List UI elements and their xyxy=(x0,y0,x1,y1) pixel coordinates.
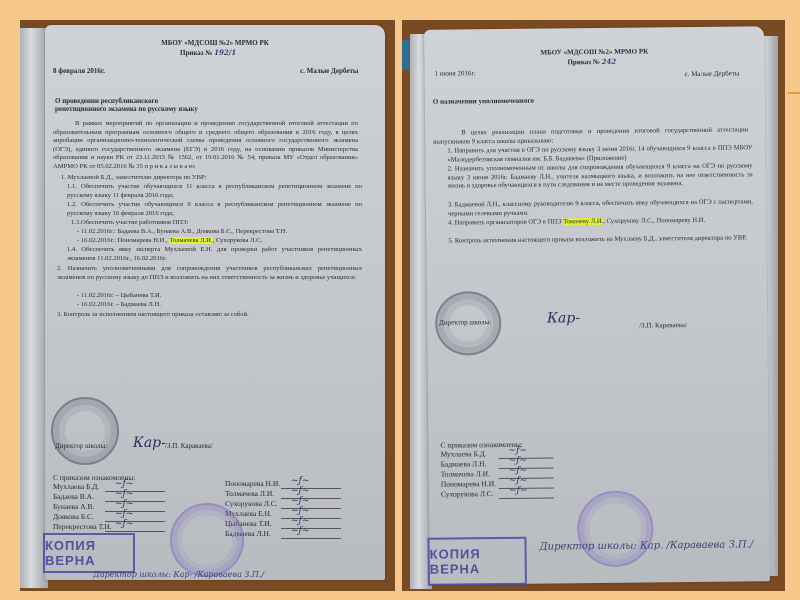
highlighted-name: Томачеву Л.И. xyxy=(563,218,603,225)
order-date: 1 июня 2016г. xyxy=(435,69,476,78)
order-number: Приказ № 242 xyxy=(567,58,616,67)
signature-line xyxy=(281,518,341,519)
copy-certified-stamp: КОПИЯ ВЕРНА xyxy=(43,533,135,573)
right-document-photo: МБОУ «МДСОШ №2» МРМО РК Приказ № 242 1 и… xyxy=(402,20,785,591)
signature-line xyxy=(281,538,341,539)
item-1-3-a: - 11.02.2016г.: Бадаева В.А., Бунаева А.… xyxy=(77,228,367,237)
director-label: Директор школы: xyxy=(439,318,491,327)
item-1-1: 1.1. Обеспечить участие обучающихся 11 к… xyxy=(67,183,362,200)
paper-stack-edge xyxy=(20,28,48,588)
ack-entry: Сухорукова Л.С. xyxy=(441,490,494,499)
handwritten-signature: ~ƒ~ xyxy=(115,489,133,499)
signature-line xyxy=(105,521,165,522)
handwritten-signature: ~ƒ~ xyxy=(115,479,133,489)
left-order-sheet: МБОУ «МДСОШ №2» МРМО РК Приказ № 192/1 8… xyxy=(45,25,385,580)
signature-line xyxy=(281,508,341,509)
director-name: /З.П. Караваева/ xyxy=(639,321,687,330)
left-document-photo: МБОУ «МДСОШ №2» МРМО РК Приказ № 192/1 8… xyxy=(20,20,395,591)
signature-line xyxy=(281,498,341,499)
item-3: 3. Бадмаевой Л.Н., классному руководител… xyxy=(448,198,753,218)
handwritten-signature: ~ƒ~ xyxy=(115,509,133,519)
handwritten-signature: ~ƒ~ xyxy=(291,486,309,496)
ack-entry: Мухлаева Б.Д. xyxy=(53,483,99,492)
right-order-sheet: МБОУ «МДСОШ №2» МРМО РК Приказ № 242 1 и… xyxy=(424,26,770,585)
order-number: Приказ № 192/1 xyxy=(180,49,236,58)
director-signature: Кар- xyxy=(547,310,580,326)
ack-entry: Бадаева В.А. xyxy=(53,493,94,502)
handwritten-signature: ~ƒ~ xyxy=(509,476,528,486)
ack-entry: Бунаева А.В. xyxy=(53,503,94,512)
preamble: В рамках мероприятий по организации и пр… xyxy=(53,120,358,172)
item-4: 4. Направить организаторов ОГЭ в ППЭ Том… xyxy=(448,216,753,228)
ack-entry: Толмачева Л.И. xyxy=(441,470,490,479)
signature-line xyxy=(105,531,165,532)
item-1: 1. Мухлаевой Б.Д., заместителю директора… xyxy=(61,174,361,183)
handwritten-signature: ~ƒ~ xyxy=(509,456,528,466)
handwritten-signature: ~ƒ~ xyxy=(115,519,133,529)
item-1-3: 1.3.Обеспечить участие работников ППЭ: xyxy=(71,219,361,228)
subject: О назначении уполномоченного xyxy=(433,97,534,107)
signature-line xyxy=(105,511,165,512)
ack-list: Мухлаева Б.Д.~ƒ~Бадмаева Л.Н.~ƒ~Толмачев… xyxy=(424,26,764,30)
ack-entry: Толмачева Л.И. xyxy=(225,490,274,499)
signature-line xyxy=(499,497,554,499)
order-date: 8 февраля 2016г. xyxy=(53,67,105,76)
director-name: /З.П. Караваева/ xyxy=(165,442,213,451)
handwritten-signature: ~ƒ~ xyxy=(291,476,309,486)
handwritten-signature: ~ƒ~ xyxy=(291,526,309,536)
item-1: 1. Направить для участия в ОГЭ по русско… xyxy=(447,144,752,164)
director-label: Директор школы: xyxy=(55,442,107,451)
subject-line-2: репетиционного экзамена по русскому язык… xyxy=(55,105,198,114)
ack-entry: Доякова Б.С. xyxy=(53,513,94,522)
item-2: 2. Назначить уполномоченными для сопрово… xyxy=(57,265,362,282)
signature-line xyxy=(281,528,341,529)
item-5: 5. Контроль исполнения настоящего приказ… xyxy=(448,234,753,246)
ack-entry: Мухлаева Б.Д. xyxy=(441,450,487,459)
decorative-line xyxy=(788,92,800,94)
org-header: МБОУ «МДСОШ №2» МРМО РК xyxy=(424,46,764,58)
org-header: МБОУ «МДСОШ №2» МРМО РК xyxy=(45,39,385,48)
highlighted-name: Толмачева Л.И. xyxy=(169,237,212,244)
item-2-b: - 16.02.2016г. – Бадмаева Л.Н. xyxy=(77,301,357,310)
handwritten-signature: ~ƒ~ xyxy=(115,499,133,509)
preamble: В целях реализации плана подготовки и пр… xyxy=(433,126,748,146)
handwritten-signature: ~ƒ~ xyxy=(291,516,309,526)
handwritten-signature: ~ƒ~ xyxy=(508,446,527,456)
item-3: 3. Контроль за исполнением настоящего пр… xyxy=(57,311,362,320)
handwritten-signature: ~ƒ~ xyxy=(291,496,309,506)
round-seal xyxy=(51,397,119,465)
round-seal-purple xyxy=(170,503,244,577)
signature-line xyxy=(105,501,165,502)
item-2: 2. Назначить уполномоченным от школы для… xyxy=(448,162,753,191)
ack-entry: Бадмаева Л.Н. xyxy=(441,460,487,469)
certification-note: Директор школы: Кар- /Караваева З.П./ xyxy=(93,571,264,580)
item-1-3-b: - 16.02.2016г.: Пономарева Н.И., Толмаче… xyxy=(77,237,367,246)
round-seal-purple xyxy=(577,490,654,567)
signature-line xyxy=(281,488,341,489)
ack-entry: Пономарева Н.И. xyxy=(225,480,280,489)
director-signature: Кар- xyxy=(133,435,166,451)
order-place: с. Малые Дербеты xyxy=(300,67,358,76)
certification-note: Директор школы: Кар. /Караваева З.П./ xyxy=(539,541,753,552)
ack-entry: Перекрестова Т.Н. xyxy=(53,523,112,532)
ack-entry: Сухорукова Л.С. xyxy=(225,500,278,509)
handwritten-signature: ~ƒ~ xyxy=(509,466,528,476)
copy-certified-stamp: КОПИЯ ВЕРНА xyxy=(427,537,526,586)
item-1-4: 1.4. Обеспечить явку эксперта Мухлаевой … xyxy=(67,246,362,263)
signature-line xyxy=(105,491,165,492)
ack-entry: Пономарева Н.И. xyxy=(441,480,496,489)
handwritten-signature: ~ƒ~ xyxy=(509,486,528,496)
order-place: с. Малые Дербеты xyxy=(685,69,740,78)
item-2-a: - 11.02.2016г. – Цыбанева Т.И. xyxy=(77,292,357,301)
item-1-2: 1.2. Обеспечить участие обучающихся 9 кл… xyxy=(67,201,362,218)
handwritten-signature: ~ƒ~ xyxy=(291,506,309,516)
